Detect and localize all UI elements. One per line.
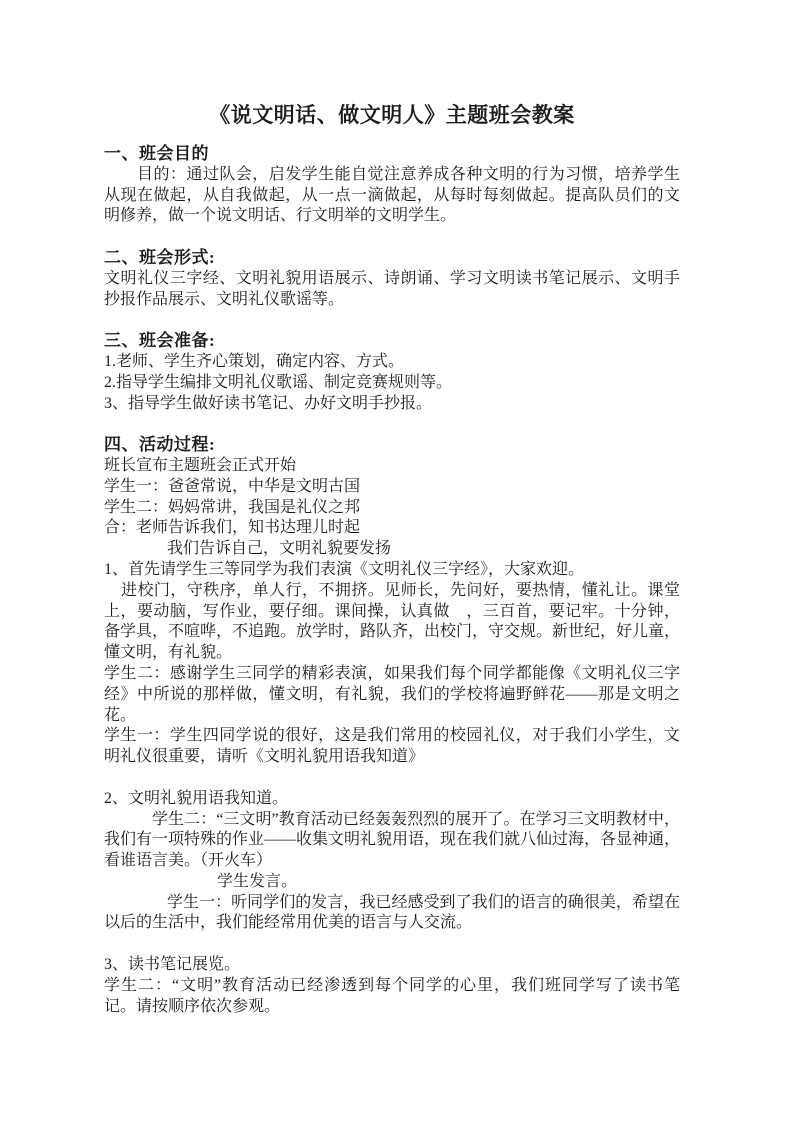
text-line: 合：老师告诉我们，知书达理儿时起 xyxy=(104,518,680,539)
blank-line xyxy=(104,934,680,955)
text-line: 我们有一项特殊的作业——收集文明礼貌用语，现在我们就八仙过海，各显神通， xyxy=(104,830,680,851)
text-line: 3、指导学生做好读书笔记、办好文明手抄报。 xyxy=(104,394,680,415)
section-heading: 四、活动过程: xyxy=(104,435,680,456)
text-line: 从现在做起，从自我做起，从一点一滴做起，从每时每刻做起。提高队员们的文 xyxy=(104,186,680,207)
blank-line xyxy=(104,310,680,331)
text-line: 学生一：学生四同学说的很好，这是我们常用的校园礼仪，对于我们小学生，文 xyxy=(104,726,680,747)
text-line: 2、文明礼貌用语我知道。 xyxy=(104,789,680,810)
document-title: 《说文明话、做文明人》主题班会教案 xyxy=(104,102,680,128)
text-line: 看谁语言美。（开火车） xyxy=(104,851,680,872)
text-line: 学生二：妈妈常讲，我国是礼仪之邦 xyxy=(104,498,680,519)
text-line: 学生二：“文明”教育活动已经渗透到每个同学的心里，我们班同学写了读书笔 xyxy=(104,976,680,997)
text-line: 学生一：爸爸常说，中华是文明古国 xyxy=(104,477,680,498)
blank-line xyxy=(104,227,680,248)
document-content: 《说文明话、做文明人》主题班会教案 一、班会目的目的：通过队会，启发学生能自觉注… xyxy=(104,102,680,1017)
text-line: 经》中所说的那样做，懂文明，有礼貌，我们的学校将遍野鲜花——那是文明之 xyxy=(104,685,680,706)
text-line: 花。 xyxy=(104,706,680,727)
section-heading: 二、班会形式: xyxy=(104,248,680,269)
section-heading: 一、班会目的 xyxy=(104,144,680,165)
section-heading: 三、班会准备: xyxy=(104,331,680,352)
text-line: 上，要动脑，写作业，要仔细。课间操，认真做 ，三百首，要记牢。十分钟， xyxy=(104,602,680,623)
text-line: 我们告诉自己，文明礼貌要发扬 xyxy=(104,539,680,560)
text-line: 学生一：听同学们的发言，我已经感受到了我们的语言的确很美，希望在 xyxy=(104,893,680,914)
text-line: 目的：通过队会，启发学生能自觉注意养成各种文明的行为习惯，培养学生 xyxy=(104,165,680,186)
blank-line xyxy=(104,768,680,789)
text-line: 懂文明，有礼貌。 xyxy=(104,643,680,664)
document-page: 《说文明话、做文明人》主题班会教案 一、班会目的目的：通过队会，启发学生能自觉注… xyxy=(0,0,793,1122)
text-line: 学生二：感谢学生三同学的精彩表演，如果我们每个同学都能像《文明礼仪三字 xyxy=(104,664,680,685)
text-line: 以后的生活中，我们能经常用优美的语言与人交流。 xyxy=(104,913,680,934)
text-line: 抄报作品展示、文明礼仪歌谣等。 xyxy=(104,290,680,311)
text-line: 2.指导学生编排文明礼仪歌谣、制定竞赛规则等。 xyxy=(104,373,680,394)
text-line: 1.老师、学生齐心策划，确定内容、方式。 xyxy=(104,352,680,373)
text-line: 文明礼仪三字经、文明礼貌用语展示、诗朗诵、学习文明读书笔记展示、文明手 xyxy=(104,269,680,290)
text-line: 明礼仪很重要，请听《文明礼貌用语我知道》 xyxy=(104,747,680,768)
text-line: 明修养，做一个说文明话、行文明举的文明学生。 xyxy=(104,206,680,227)
text-line: 记。请按顺序依次参观。 xyxy=(104,997,680,1018)
text-line: 1、首先请学生三等同学为我们表演《文明礼仪三字经》，大家欢迎。 xyxy=(104,560,680,581)
text-line: 班长宣布主题班会正式开始 xyxy=(104,456,680,477)
blank-line xyxy=(104,414,680,435)
document-body: 一、班会目的目的：通过队会，启发学生能自觉注意养成各种文明的行为习惯，培养学生从… xyxy=(104,144,680,1017)
text-line: 学生发言。 xyxy=(104,872,680,893)
text-line: 备学具，不喧哗，不追跑。放学时，路队齐，出校门，守交规。新世纪，好儿童， xyxy=(104,622,680,643)
text-line: 3、读书笔记展览。 xyxy=(104,955,680,976)
text-line: 进校门，守秩序，单人行，不拥挤。见师长，先问好，要热情，懂礼让。课堂 xyxy=(104,581,680,602)
text-line: 学生二：“三文明”教育活动已经轰轰烈烈的展开了。在学习三文明教材中， xyxy=(104,810,680,831)
